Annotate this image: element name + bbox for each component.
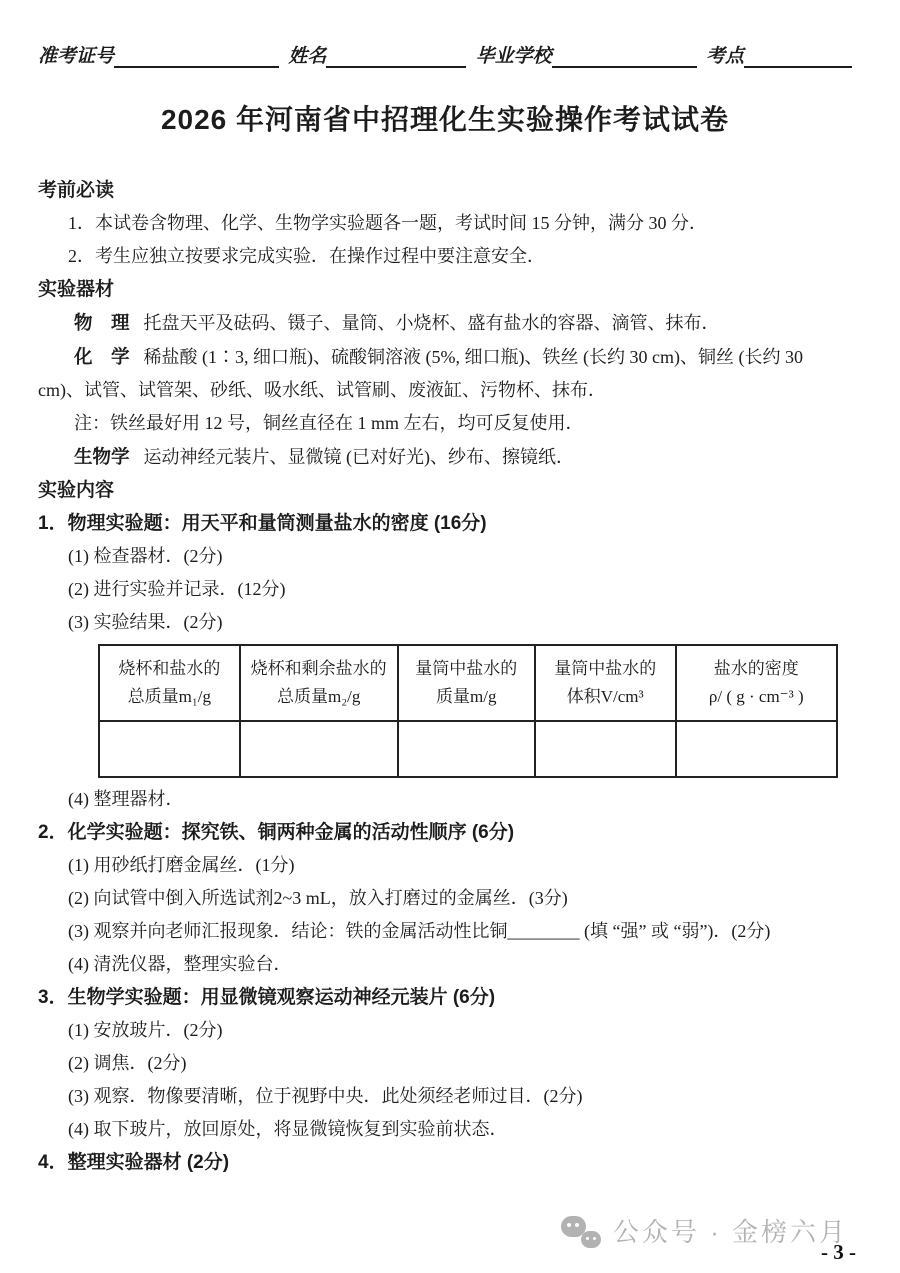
q1-step-4: (4) 整理器材． [38,783,852,816]
graduating-school-label: 毕业学校 [476,46,552,68]
col4-line1: 量筒中盐水的 [540,655,671,683]
q2-step-2: (2) 向试管中倒入所选试剂2~3 mL，放入打磨过的金属丝．(3分) [38,882,852,915]
admission-number-blank [114,47,279,68]
q3-step-3: (3) 观察．物像要清晰，位于视野中央．此处须经老师过目．(2分) [38,1080,852,1113]
wechat-icon [561,1215,603,1249]
chemistry-equipment-text: 稀盐酸 (1∶3, 细口瓶)、硫酸铜溶液 (5%, 细口瓶)、铁丝 (长约 30… [38,347,803,400]
field-name: 姓名 [288,46,466,68]
document-body: 准考证号 姓名 毕业学校 考点 2026 年河南省中招理化生实验操作考试试卷 考… [0,0,900,1273]
q2-step-4: (4) 清洗仪器，整理实验台． [38,948,852,981]
col5-line2: ρ/ ( g · cm⁻³ ) [681,683,832,711]
col-header-cylinder-mass: 量筒中盐水的 质量m/g [398,645,535,721]
exam-paper-page: 准考证号 姓名 毕业学校 考点 2026 年河南省中招理化生实验操作考试试卷 考… [0,0,900,1273]
col2-line1: 烧杯和剩余盐水的 [245,655,393,683]
section-heading-content: 实验内容 [38,474,852,507]
page-title: 2026 年河南省中招理化生实验操作考试试卷 [38,102,852,138]
chemistry-label: 化 学 [74,346,130,367]
col1-line1: 烧杯和盐水的 [104,655,235,683]
results-table-header-row: 烧杯和盐水的 总质量m₁/g 烧杯和剩余盐水的 总质量m₂/g 量筒中盐水的 质… [99,645,837,721]
physics-equipment-text: 托盘天平及砝码、镊子、量筒、小烧杯、盛有盐水的容器、滴管、抹布． [144,313,720,333]
name-blank [326,47,466,68]
admission-number-label: 准考证号 [38,46,114,68]
field-graduating-school: 毕业学校 [476,46,697,68]
results-table-empty-row [99,721,837,777]
equipment-note-line: 注：铁丝最好用 12 号，铜丝直径在 1 mm 左右，均可反复使用． [38,407,852,440]
field-admission-number: 准考证号 [38,46,279,68]
col4-line2: 体积V/cm³ [540,683,671,711]
biology-label: 生物学 [74,446,130,467]
wechat-bubble-small [581,1231,601,1248]
page-number: - 3 - [821,1240,856,1265]
col3-line2: 质量m/g [403,683,530,711]
name-label: 姓名 [288,46,326,68]
empty-cell-5 [676,721,837,777]
q3-heading: 3．生物学实验题：用显微镜观察运动神经元装片 (6分) [38,981,852,1014]
exam-site-label: 考点 [706,46,744,68]
q3-step-4: (4) 取下玻片，放回原处，将显微镜恢复到实验前状态． [38,1113,852,1146]
section-heading-equipment: 实验器材 [38,273,852,306]
col-header-density: 盐水的密度 ρ/ ( g · cm⁻³ ) [676,645,837,721]
pre-read-item-1: 1．本试卷含物理、化学、生物学实验题各一题，考试时间 15 分钟，满分 30 分… [38,207,852,240]
q1-step-2: (2) 进行实验并记录．(12分) [38,573,852,606]
col1-line2: 总质量m₁/g [104,683,235,711]
col-header-beaker-salt-water: 烧杯和盐水的 总质量m₁/g [99,645,240,721]
q1-step-1: (1) 检查器材．(2分) [38,540,852,573]
section-heading-pre-read: 考前必读 [38,174,852,207]
candidate-info-header: 准考证号 姓名 毕业学校 考点 [38,46,852,68]
q2-step-3: (3) 观察并向老师汇报现象．结论：铁的金属活动性比铜________ (填 “… [38,915,852,948]
col3-line1: 量筒中盐水的 [403,655,530,683]
q2-step-1: (1) 用砂纸打磨金属丝．(1分) [38,849,852,882]
col2-line2: 总质量m₂/g [245,683,393,711]
q4-heading: 4．整理实验器材 (2分) [38,1146,852,1179]
watermark-text: 公众号 · 金榜六月 [613,1217,848,1247]
empty-cell-2 [240,721,398,777]
physics-label: 物 理 [74,312,130,333]
q3-step-1: (1) 安放玻片．(2分) [38,1014,852,1047]
q2-heading: 2．化学实验题：探究铁、铜两种金属的活动性顺序 (6分) [38,816,852,849]
col-header-cylinder-volume: 量筒中盐水的 体积V/cm³ [535,645,676,721]
footer-watermark: 公众号 · 金榜六月 [561,1215,848,1249]
exam-site-blank [744,47,852,68]
equipment-chemistry-line: 化 学稀盐酸 (1∶3, 细口瓶)、硫酸铜溶液 (5%, 细口瓶)、铁丝 (长约… [38,340,852,407]
empty-cell-3 [398,721,535,777]
q1-heading: 1．物理实验题：用天平和量筒测量盐水的密度 (16分) [38,507,852,540]
empty-cell-4 [535,721,676,777]
q3-step-2: (2) 调焦．(2分) [38,1047,852,1080]
results-table: 烧杯和盐水的 总质量m₁/g 烧杯和剩余盐水的 总质量m₂/g 量筒中盐水的 质… [98,644,838,778]
col5-line1: 盐水的密度 [681,655,832,683]
graduating-school-blank [552,47,697,68]
empty-cell-1 [99,721,240,777]
field-exam-site: 考点 [706,46,852,68]
col-header-beaker-remaining: 烧杯和剩余盐水的 总质量m₂/g [240,645,398,721]
biology-equipment-text: 运动神经元装片、显微镜 (已对好光)、纱布、擦镜纸． [144,447,575,467]
q1-step-3: (3) 实验结果．(2分) [38,606,852,639]
equipment-biology-line: 生物学运动神经元装片、显微镜 (已对好光)、纱布、擦镜纸． [38,440,852,474]
equipment-physics-line: 物 理托盘天平及砝码、镊子、量筒、小烧杯、盛有盐水的容器、滴管、抹布． [38,306,852,340]
pre-read-item-2: 2．考生应独立按要求完成实验．在操作过程中要注意安全． [38,240,852,273]
